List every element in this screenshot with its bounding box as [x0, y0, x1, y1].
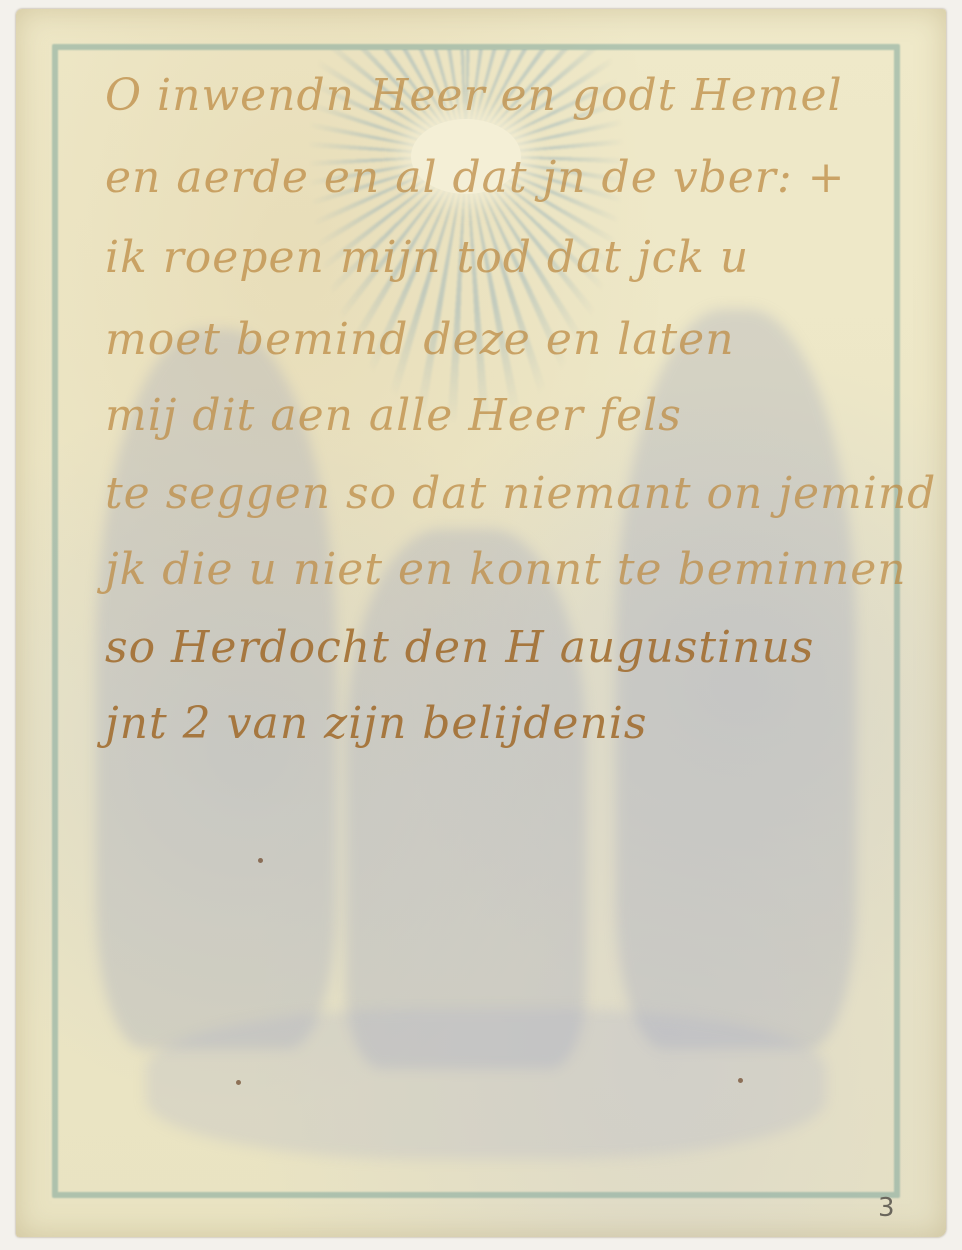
ink-spot	[236, 1080, 241, 1085]
manuscript-line-7: jk die u niet en konnt te beminnen	[105, 544, 907, 595]
manuscript-line-8: so Herdocht den H augustinus	[105, 622, 814, 673]
manuscript-line-1: O inwendn Heer en godt Hemel	[105, 70, 843, 121]
manuscript-line-6: te seggen so dat niemant on jemind	[105, 468, 936, 519]
manuscript-line-9: jnt 2 van zijn belijdenis	[105, 698, 647, 749]
manuscript-line-4: moet bemind deze en laten	[105, 314, 735, 365]
manuscript-line-3: ik roepen mijn tod dat jck u	[105, 232, 749, 283]
ink-spot	[738, 1078, 743, 1083]
manuscript-line-2: en aerde en al dat jn de vber: +	[105, 152, 846, 203]
page-number: 3	[878, 1193, 895, 1223]
ink-spot	[258, 858, 263, 863]
painted-border-frame	[52, 44, 900, 1198]
manuscript-line-5: mij dit aen alle Heer fels	[105, 390, 682, 441]
